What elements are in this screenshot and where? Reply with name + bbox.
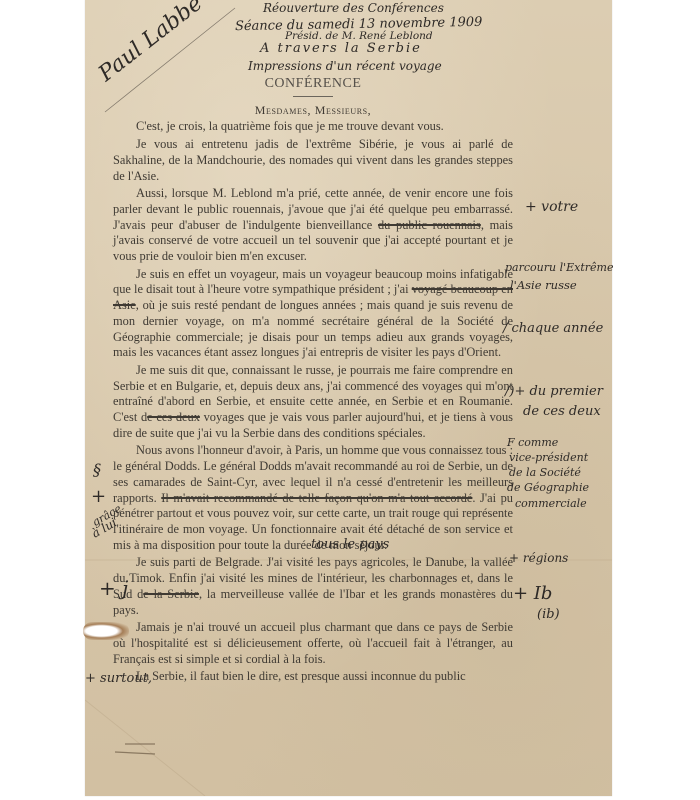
- margin-note-left-mark: §: [93, 462, 101, 478]
- margin-note-left-tj: + j: [99, 578, 128, 598]
- paragraph-2: Je vous ai entretenu jadis de l'extrême …: [113, 137, 513, 184]
- text-segment: , où je suis resté pendant de longues an…: [113, 298, 513, 359]
- author-signature: Paul Labbé: [95, 0, 206, 86]
- paragraph-9: La Serbie, il faut bien le dire, est pre…: [113, 669, 513, 685]
- margin-note-ib-paren: (ib): [537, 608, 560, 621]
- margin-note-comme-4: de Géographie: [507, 482, 589, 493]
- inline-note-tous-le-pays: tous le pays: [311, 538, 389, 551]
- salutation: Mesdames, Messieurs,: [113, 103, 513, 119]
- struck-text: du public rouennais: [378, 218, 481, 232]
- margin-note-comme-2: vice-président: [509, 452, 588, 463]
- struck-text: e la Serbie: [143, 587, 199, 601]
- handwritten-header-line3: Présid. de M. René Leblond: [285, 31, 433, 42]
- margin-note-comme-5: commerciale: [515, 498, 587, 509]
- margin-note-chaque-annee: / chaque année: [503, 322, 603, 335]
- margin-note-surtout: + surtout,: [85, 672, 152, 685]
- title-divider: [293, 96, 333, 97]
- margin-note-regions: + régions: [509, 552, 568, 564]
- margin-note-asie-1: parcouru l'Extrême: [505, 262, 613, 273]
- margin-note-votre: + votre: [525, 200, 578, 214]
- handwritten-header-line4: A travers la Serbie: [260, 42, 422, 55]
- margin-note-premier-1: /)+ du premier: [505, 385, 603, 398]
- margin-note-ib: + Ib: [513, 585, 552, 603]
- margin-note-premier-2: de ces deux: [523, 405, 601, 418]
- handwritten-header-line5: Impressions d'un récent voyage: [248, 60, 442, 72]
- margin-note-left-plus: +: [91, 488, 106, 506]
- paragraph-3: Aussi, lorsque M. Leblond m'a prié, cett…: [113, 186, 513, 265]
- paragraph-1: C'est, je crois, la quatrième fois que j…: [113, 119, 513, 135]
- document-page: Paul Labbé Réouverture des Conférences S…: [85, 0, 612, 796]
- paper-damage-stain: [83, 622, 129, 640]
- margin-note-comme-1: F comme: [507, 437, 558, 448]
- paragraph-8: Jamais je n'ai trouvé un accueil plus ch…: [113, 620, 513, 667]
- paragraph-4: Je suis en effet un voyageur, mais un vo…: [113, 267, 513, 361]
- struck-text: Il m'avait recommandé de telle façon qu'…: [161, 491, 472, 505]
- paragraph-7: Je suis parti de Belgrade. J'ai visité l…: [113, 555, 513, 618]
- margin-note-asie-2: l'Asie russe: [510, 280, 577, 292]
- margin-note-comme-3: de la Société: [509, 467, 581, 478]
- paragraph-5: Je me suis dit que, connaissant le russe…: [113, 363, 513, 442]
- page-title: CONFÉRENCE: [113, 76, 513, 92]
- struck-text: e ces deux: [147, 410, 200, 424]
- printed-text: CONFÉRENCE Mesdames, Messieurs, C'est, j…: [113, 76, 513, 687]
- handwritten-header-line1: Réouverture des Conférences: [263, 2, 444, 14]
